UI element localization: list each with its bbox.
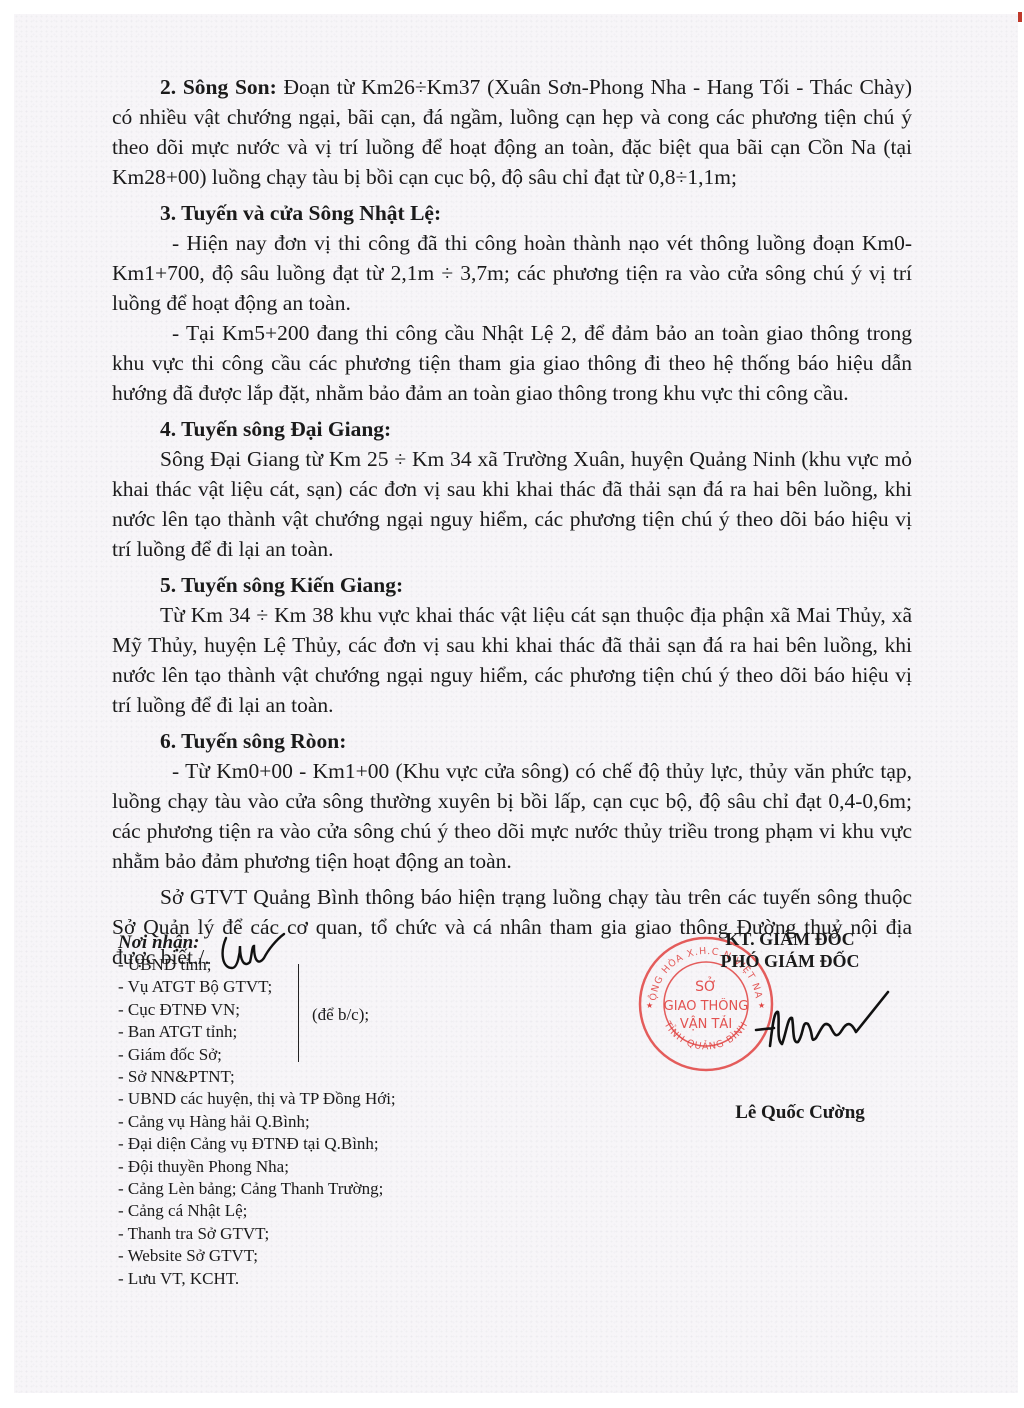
recipients-block: Nơi nhận: UBND tỉnh;Vụ ATGT Bộ GTVT;Cục … bbox=[118, 932, 538, 1290]
recipient-item: Website Sở GTVT; bbox=[118, 1245, 538, 1267]
signature-line-2: PHÓ GIÁM ĐỐC bbox=[690, 950, 890, 972]
recipients-bracket-note: (để b/c); bbox=[312, 1005, 369, 1025]
recipient-item: UBND tỉnh; bbox=[118, 954, 538, 976]
stamp-star-left-icon: ★ bbox=[646, 1001, 653, 1010]
stamp-center-3: VẬN TẢI bbox=[680, 1015, 732, 1032]
recipient-item: Giám đốc Sở; bbox=[118, 1044, 538, 1066]
stamp-center-1: SỞ bbox=[695, 976, 717, 995]
recipient-item: Thanh tra Sở GTVT; bbox=[118, 1223, 538, 1245]
section-6-text: - Từ Km0+00 - Km1+00 (Khu vực cửa sông) … bbox=[112, 756, 912, 876]
section-6-heading: 6. Tuyến sông Ròon: bbox=[112, 726, 912, 756]
recipient-item: Cảng cá Nhật Lệ; bbox=[118, 1200, 538, 1222]
recipient-item: Cảng vụ Hàng hải Q.Bình; bbox=[118, 1111, 538, 1133]
recipient-item: UBND các huyện, thị và TP Đồng Hới; bbox=[118, 1088, 538, 1110]
initial-signature bbox=[218, 932, 288, 976]
recipients-bracket bbox=[298, 964, 299, 1062]
section-4-text: Sông Đại Giang từ Km 25 ÷ Km 34 xã Trườn… bbox=[112, 444, 912, 564]
section-2: 2. Sông Son: Đoạn từ Km26÷Km37 (Xuân Sơn… bbox=[112, 72, 912, 192]
section-3-item-1: - Hiện nay đơn vị thi công đã thi công h… bbox=[112, 228, 912, 318]
section-5-text: Từ Km 34 ÷ Km 38 khu vực khai thác vật l… bbox=[112, 600, 912, 720]
recipient-item: Cảng Lèn bảng; Cảng Thanh Trường; bbox=[118, 1178, 538, 1200]
signer-name: Lê Quốc Cường bbox=[700, 1102, 900, 1124]
recipient-item: Đội thuyền Phong Nha; bbox=[118, 1156, 538, 1178]
section-3-item-2: - Tại Km5+200 đang thi công cầu Nhật Lệ … bbox=[112, 318, 912, 408]
recipient-item: Lưu VT, KCHT. bbox=[118, 1268, 538, 1290]
recipient-item: Sở NN&PTNT; bbox=[118, 1066, 538, 1088]
signature-line-1: KT. GIÁM ĐỐC bbox=[690, 928, 890, 950]
section-4-heading: 4. Tuyến sông Đại Giang: bbox=[112, 414, 912, 444]
signature-title-block: KT. GIÁM ĐỐC PHÓ GIÁM ĐỐC bbox=[690, 928, 890, 972]
section-3-heading: 3. Tuyến và cửa Sông Nhật Lệ: bbox=[112, 198, 912, 228]
section-2-heading: 2. Sông Son: bbox=[160, 75, 277, 99]
scan-edge-mark bbox=[1018, 12, 1022, 22]
recipient-item: Đại diện Cảng vụ ĐTNĐ tại Q.Bình; bbox=[118, 1133, 538, 1155]
main-signature bbox=[752, 990, 892, 1060]
stamp-center-2: GIAO THÔNG bbox=[664, 998, 749, 1014]
recipient-item: Vụ ATGT Bộ GTVT; bbox=[118, 976, 538, 998]
section-5-heading: 5. Tuyến sông Kiến Giang: bbox=[112, 570, 912, 600]
document-body: 2. Sông Son: Đoạn từ Km26÷Km37 (Xuân Sơn… bbox=[112, 72, 912, 972]
recipients-title: Nơi nhận: bbox=[118, 932, 538, 954]
